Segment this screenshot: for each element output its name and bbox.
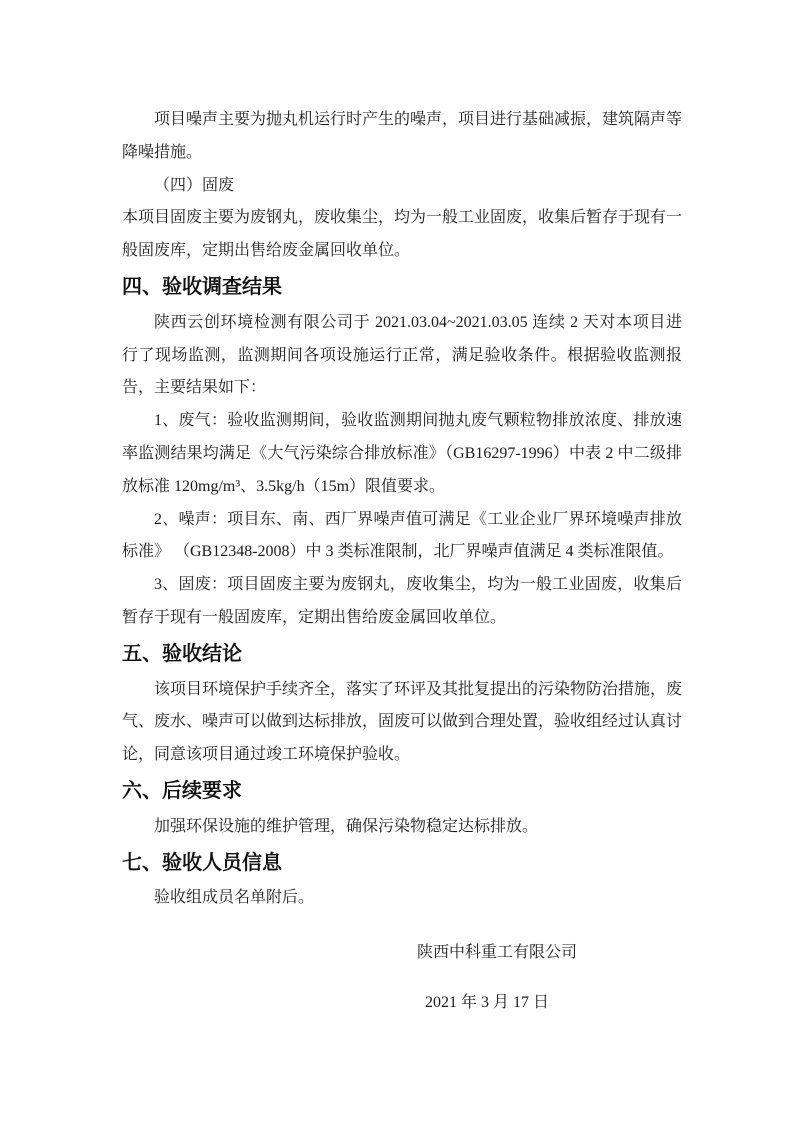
section-6-title: 六、后续要求	[122, 775, 682, 808]
solid-waste-paragraph: 本项目固废主要为废钢丸，废收集尘，均为一般工业固废，收集后暂存于现有一般固废库，…	[122, 202, 682, 268]
section-4-item-solid-paragraph: 3、固废：项目固废主要为废钢丸，废收集尘，均为一般工业固废，收集后暂存于现有一般…	[122, 569, 682, 635]
document-page: 项目噪声主要为抛丸机运行时产生的噪声，项目进行基础减振，建筑隔声等降噪措施。 （…	[0, 0, 800, 1131]
section-7-title: 七、验收人员信息	[122, 847, 682, 880]
section-7-body-paragraph: 验收组成员名单附后。	[122, 882, 682, 915]
section-4-title: 四、验收调查结果	[122, 271, 682, 304]
section-4-item-gas-paragraph: 1、废气：验收监测期间，验收监测期间抛丸废气颗粒物排放浓度、排放速率监测结果均满…	[122, 405, 682, 503]
noise-measures-paragraph: 项目噪声主要为抛丸机运行时产生的噪声，项目进行基础减振，建筑隔声等降噪措施。	[122, 104, 682, 170]
signature-date: 2021 年 3 月 17 日	[122, 987, 682, 1020]
signature-company: 陕西中科重工有限公司	[122, 937, 682, 970]
section-4-item-noise-paragraph: 2、噪声：项目东、南、西厂界噪声值可满足《工业企业厂界环境噪声排放标准》 （GB…	[122, 504, 682, 570]
section-5-body-paragraph: 该项目环境保护手续齐全，落实了环评及其批复提出的污染物防治措施，废气、废水、噪声…	[122, 674, 682, 772]
solid-waste-subheading: （四）固废	[122, 170, 682, 203]
section-6-body-paragraph: 加强环保设施的维护管理，确保污染物稳定达标排放。	[122, 811, 682, 844]
section-4-overview-paragraph: 陕西云创环境检测有限公司于 2021.03.04~2021.03.05 连续 2…	[122, 307, 682, 405]
section-5-title: 五、验收结论	[122, 638, 682, 671]
